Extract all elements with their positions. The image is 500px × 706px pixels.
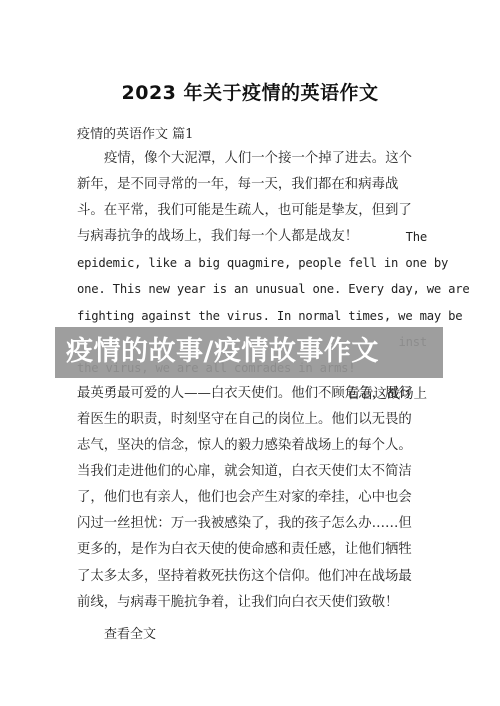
text-line: epidemic, like a big quagmire, people fe…	[77, 250, 427, 276]
text-line: one. This new year is an unusual one. Ev…	[77, 276, 427, 302]
text-line: 了太多太多，坚持着救死扶伤这个信仰。他们冲在战场最	[77, 564, 427, 590]
text-segment: The	[406, 224, 427, 250]
text-line: 志气，坚决的信念，惊人的毅力感染着战场上的每个人。	[77, 433, 427, 459]
section-heading: 疫情的英语作文 篇1	[77, 123, 193, 142]
text-line: 更多的，是作为白衣天使的使命感和责任感，让他们牺牲	[77, 537, 427, 563]
view-full-text-link[interactable]: 查看全文	[104, 623, 156, 642]
document-title: 2023 年关于疫情的英语作文	[0, 78, 500, 105]
text-line: 与病毒抗争的战场上，我们每一个人都是战友！ The	[77, 224, 427, 250]
text-line: 当我们走进他们的心扉，就会知道，白衣天使们太不简洁	[77, 459, 427, 485]
document-body: 疫情，像个大泥潭，人们一个接一个掉了进去。这个 新年，是不同寻常的一年，每一天，…	[77, 146, 427, 616]
text-line: 了，他们也有亲人，他们也会产生对家的牵挂，心中也会	[77, 485, 427, 511]
text-line: 闪过一丝担忧：万一我被感染了，我的孩子怎么办……但	[77, 511, 427, 537]
text-segment: 与病毒抗争的战场上，我们每一个人都是战友！	[77, 229, 358, 244]
text-line: 前线，与病毒干脆抗争着，让我们向白衣天使们致敬！	[77, 590, 427, 616]
text-line: fighting against the virus. In normal ti…	[77, 303, 427, 329]
text-line: 新年，是不同寻常的一年，每一天，我们都在和病毒战	[77, 172, 427, 198]
text-line: 疫情，像个大泥潭，人们一个接一个掉了进去。这个	[77, 146, 427, 172]
text-line: 最英勇最可爱的人——白衣天使们。他们不顾危急，履行	[77, 381, 427, 407]
text-line: 着医生的职责，时刻坚守在自己的岗位上。他们以无畏的	[77, 407, 427, 433]
text-line: 斗。在平常，我们可能是生疏人，也可能是挚友，但到了	[77, 198, 427, 224]
overlay-banner-text: 疫情的故事/疫情故事作文	[66, 329, 379, 368]
